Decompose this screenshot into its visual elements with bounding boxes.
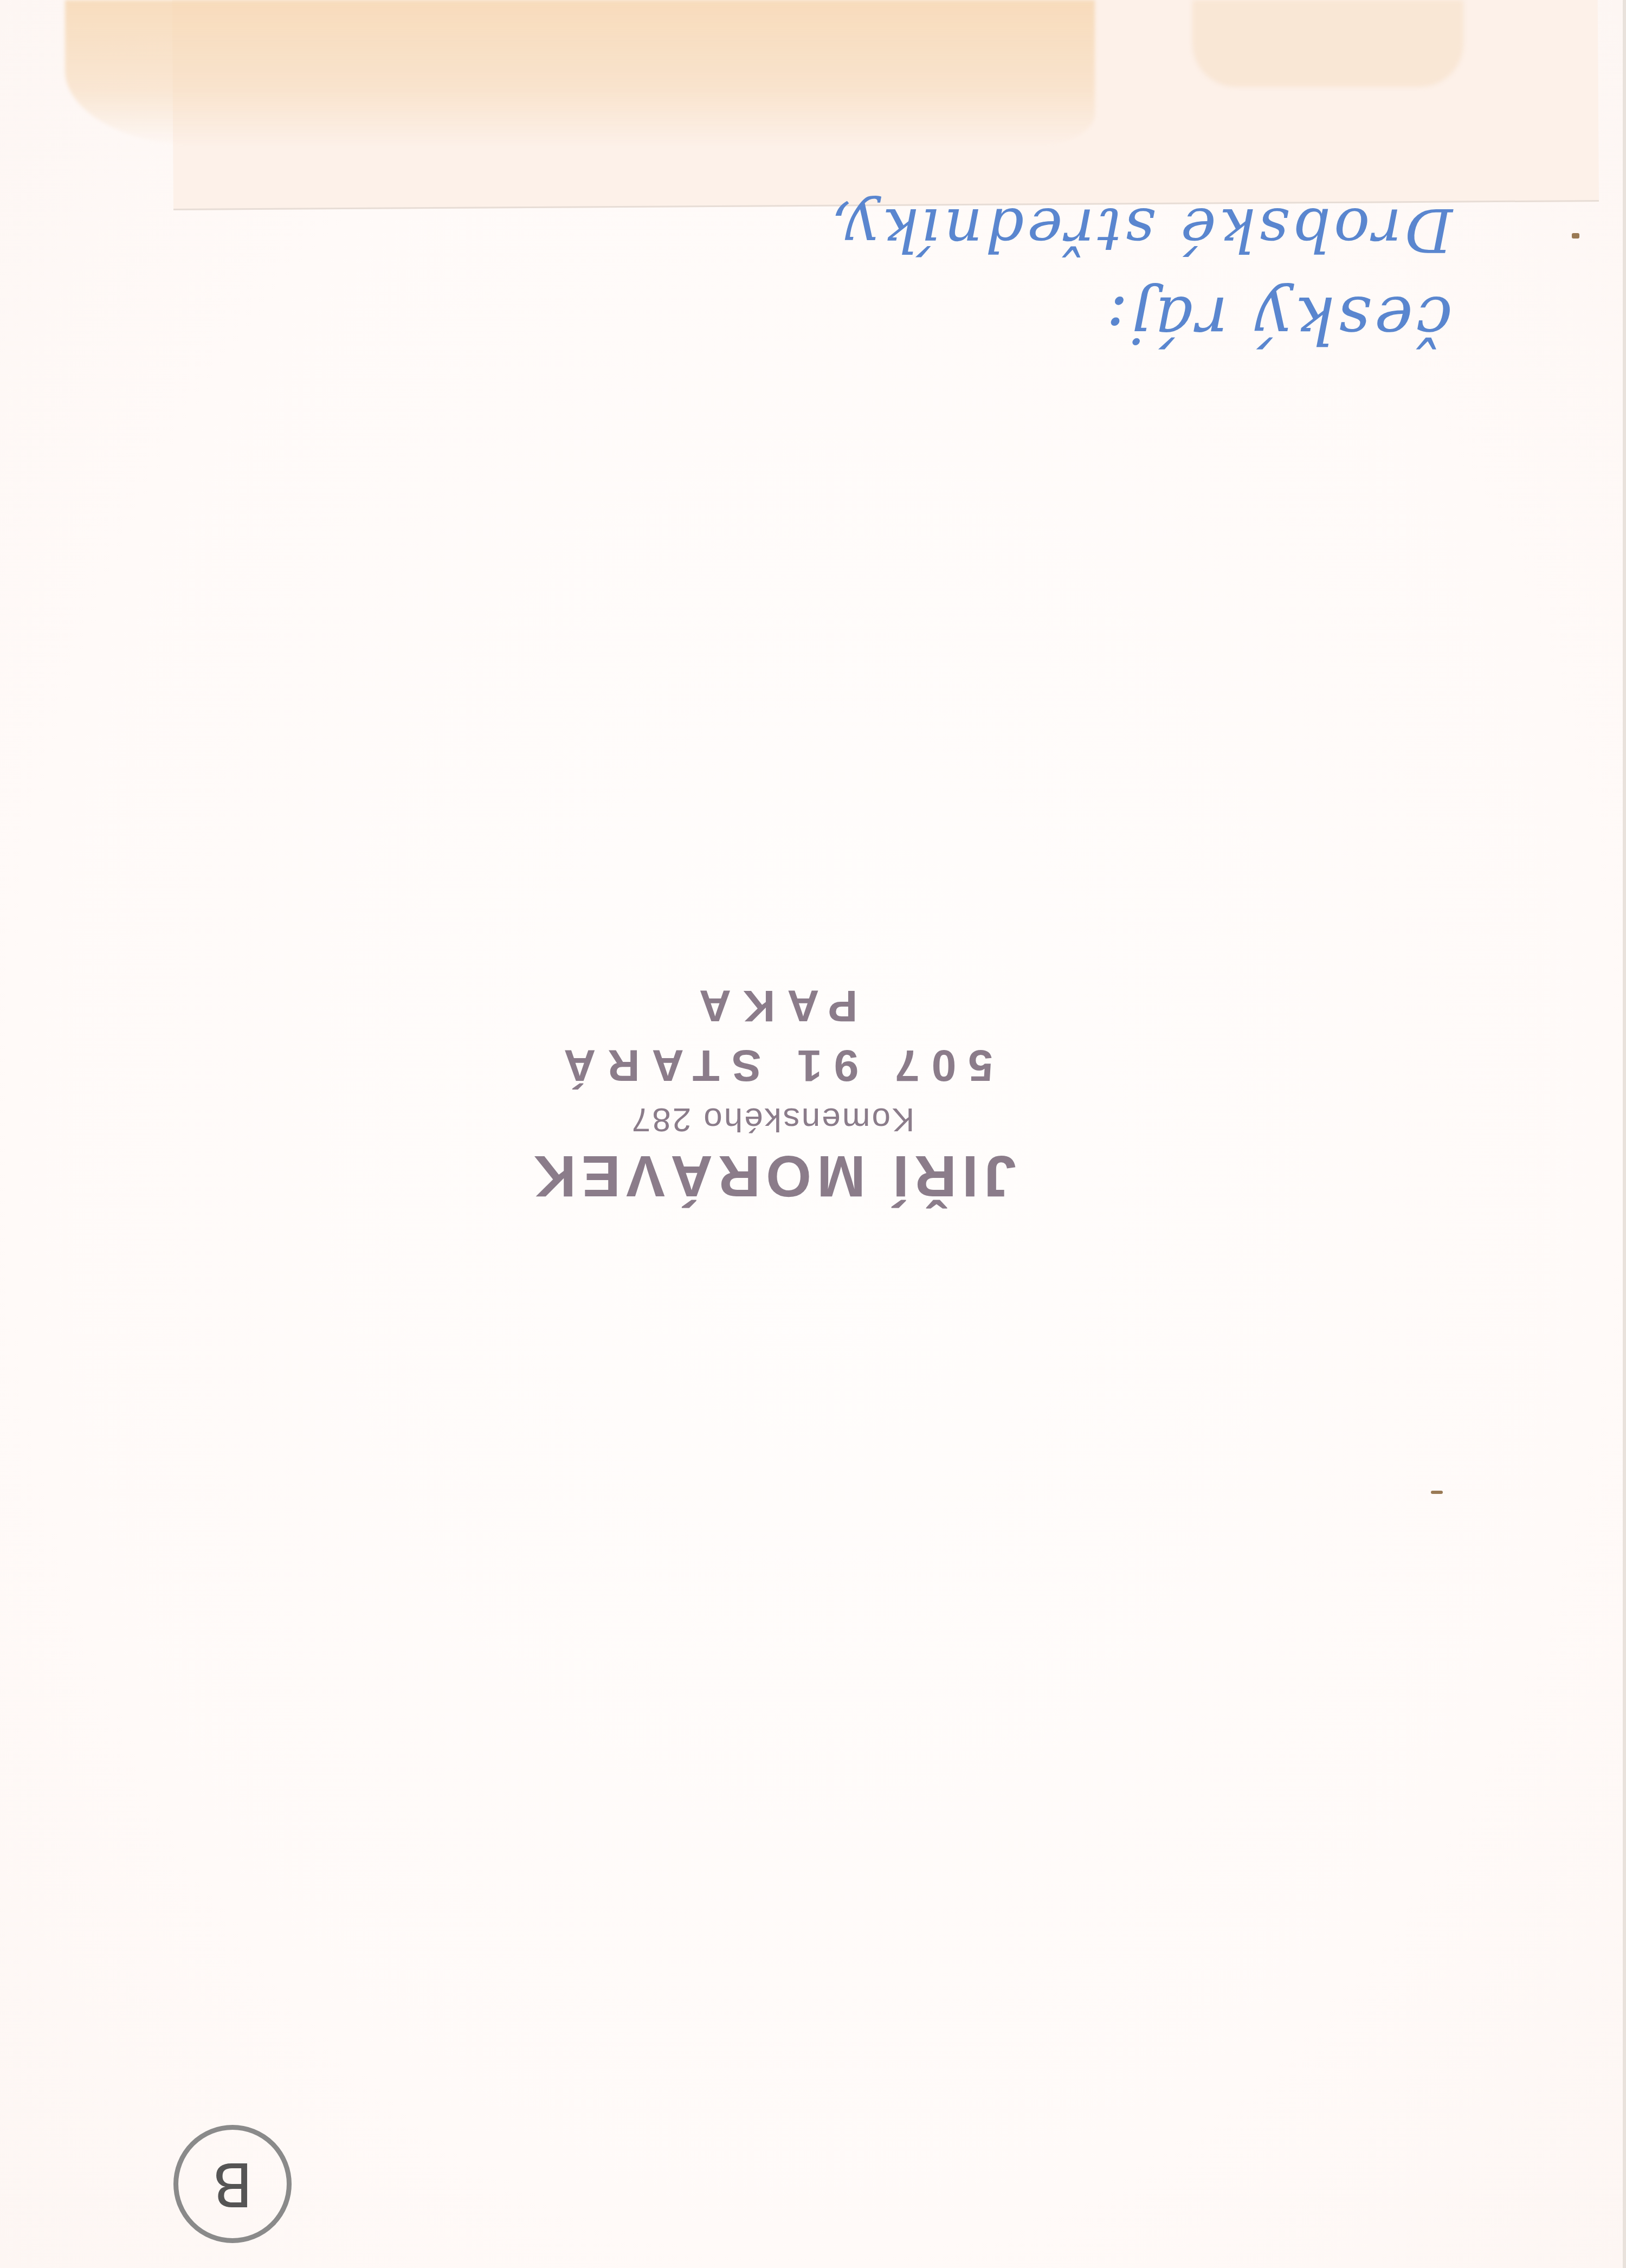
photographer-stamp: JIŘÍ MORÁVEK Komenského 287 507 91 STARÁ… [466, 1008, 1079, 1209]
stamp-street: Komenského 287 [466, 1095, 1079, 1144]
handwritten-caption-line1: Drobské středníky, [802, 195, 1453, 265]
handwritten-caption-line2: český ráj: [1106, 282, 1453, 357]
circled-letter: B [212, 2149, 253, 2219]
paper-edge [1623, 0, 1626, 2268]
water-stain-secondary [1192, 0, 1463, 87]
water-stain [65, 0, 1095, 146]
speck-mark [1572, 233, 1579, 239]
speck-mark [1431, 1491, 1443, 1494]
stamp-city: 507 91 STARÁ PAKA [466, 976, 1079, 1095]
stamp-name: JIŘÍ MORÁVEK [466, 1144, 1079, 1209]
circled-letter-mark: B [173, 2125, 292, 2243]
